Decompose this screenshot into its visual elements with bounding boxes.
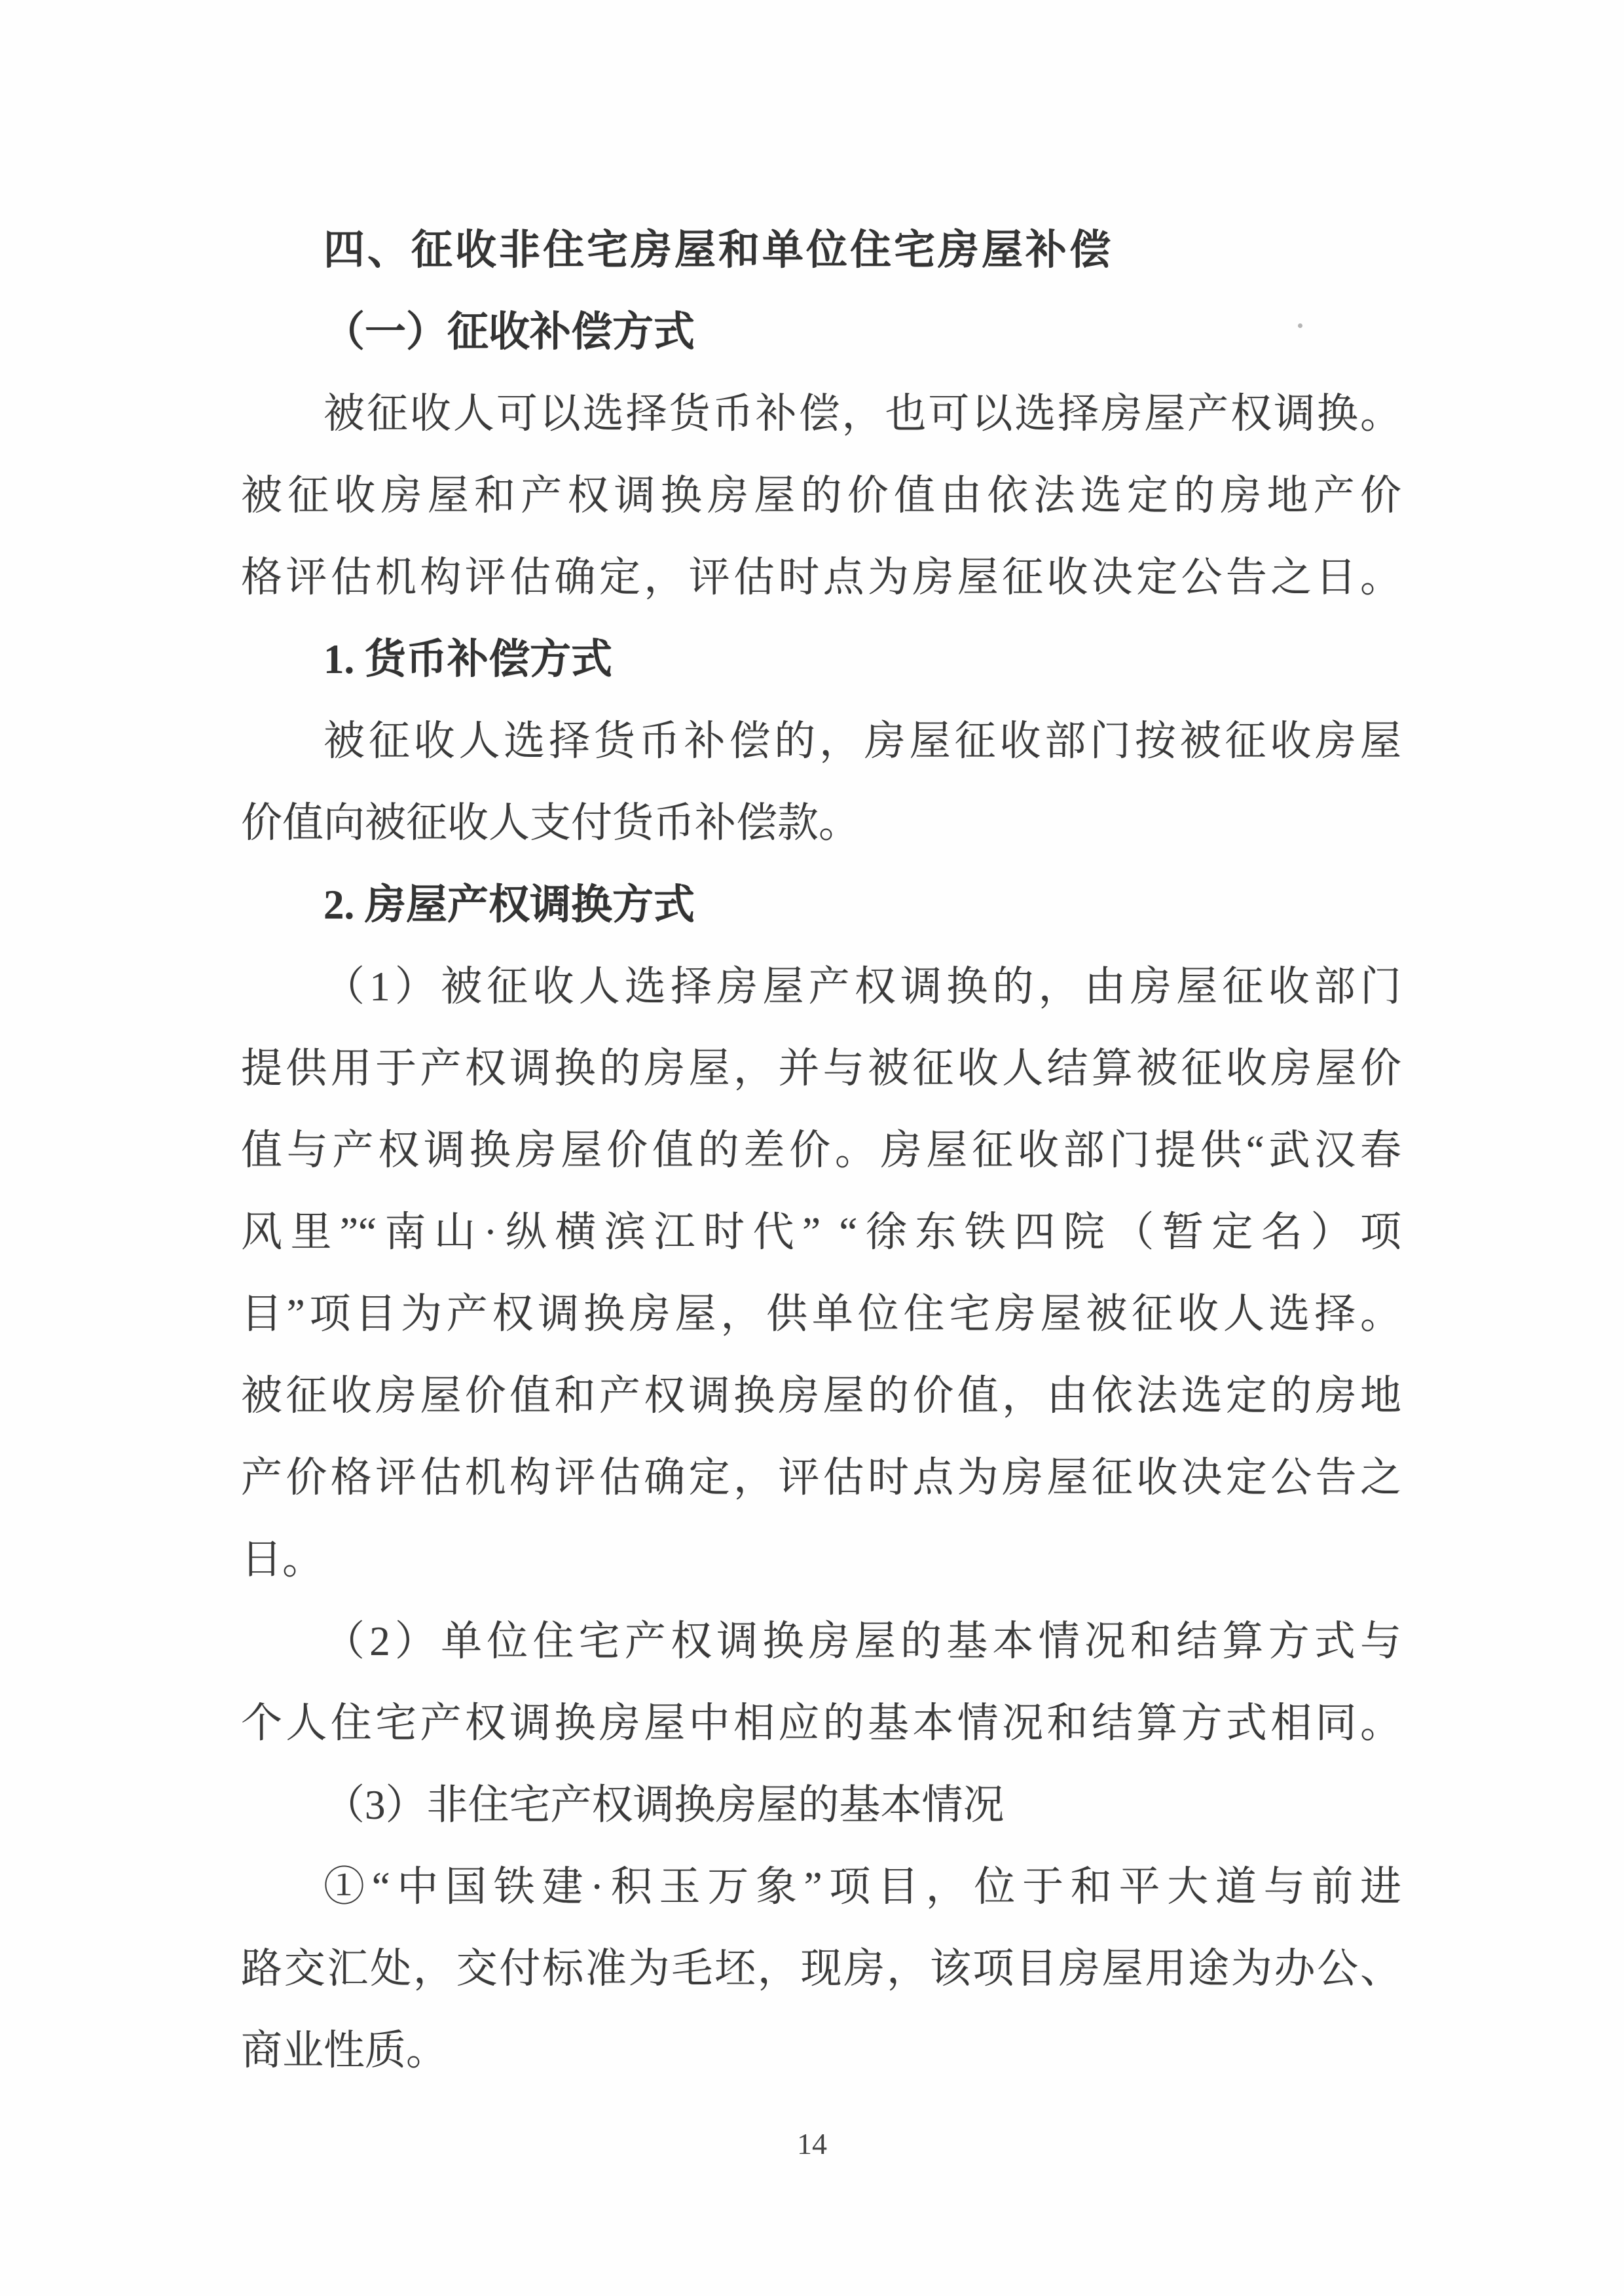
paragraph-line: 值与产权调换房屋价值的差价。房屋征收部门提供“武汉春 <box>241 1110 1401 1192</box>
paragraph-line: 被征收房屋价值和产权调换房屋的价值，由依法选定的房地 <box>241 1355 1401 1437</box>
heading-property-rights-exchange: 2. 房屋产权调换方式 <box>241 864 1401 946</box>
paragraph-line: 格评估机构评估确定，评估时点为房屋征收决定公告之日。 <box>241 537 1401 619</box>
doc-title: 四、征收非住宅房屋和单位住宅房屋补偿 <box>241 210 1401 291</box>
paragraph-line: 风里”“南山·纵横滨江时代” “徐东铁四院（暂定名）项 <box>241 1192 1401 1273</box>
page-number: 14 <box>0 2121 1624 2167</box>
paragraph-line: 被征收人可以选择货币补偿，也可以选择房屋产权调换。 <box>241 373 1401 455</box>
paragraph-line: 被征收人选择货币补偿的，房屋征收部门按被征收房屋 <box>241 701 1401 782</box>
paragraph-line: 被征收房屋和产权调换房屋的价值由依法选定的房地产价 <box>241 455 1401 537</box>
paragraph-line: （1）被征收人选择房屋产权调换的，由房屋征收部门 <box>241 946 1401 1028</box>
paragraph-line: 产价格评估机构评估确定，评估时点为房屋征收决定公告之 <box>241 1437 1401 1519</box>
heading-monetary-compensation: 1. 货币补偿方式 <box>241 619 1401 701</box>
paragraph-line: 个人住宅产权调换房屋中相应的基本情况和结算方式相同。 <box>241 1683 1401 1764</box>
paragraph-line: 日。 <box>241 1519 1401 1601</box>
paragraph-line: 目”项目为产权调换房屋，供单位住宅房屋被征收人选择。 <box>241 1273 1401 1355</box>
paragraph-line: 路交汇处，交付标准为毛坯，现房，该项目房屋用途为办公、 <box>241 1928 1401 2010</box>
paragraph-line: （2）单位住宅产权调换房屋的基本情况和结算方式与 <box>241 1601 1401 1683</box>
document-body: 四、征收非住宅房屋和单位住宅房屋补偿 （一）征收补偿方式 被征收人可以选择货币补… <box>241 210 1401 2092</box>
paragraph-line: 价值向被征收人支付货币补偿款。 <box>241 782 1401 864</box>
paragraph-line: 商业性质。 <box>241 2010 1401 2092</box>
document-page: 四、征收非住宅房屋和单位住宅房屋补偿 （一）征收补偿方式 被征收人可以选择货币补… <box>0 0 1624 2296</box>
section-1-heading: （一）征收补偿方式 <box>241 291 1401 373</box>
paragraph-line: 提供用于产权调换的房屋，并与被征收人结算被征收房屋价 <box>241 1028 1401 1110</box>
paragraph-line: （3）非住宅产权调换房屋的基本情况 <box>241 1764 1401 1846</box>
paragraph-line: ①“中国铁建·积玉万象”项目，位于和平大道与前进 <box>241 1846 1401 1928</box>
